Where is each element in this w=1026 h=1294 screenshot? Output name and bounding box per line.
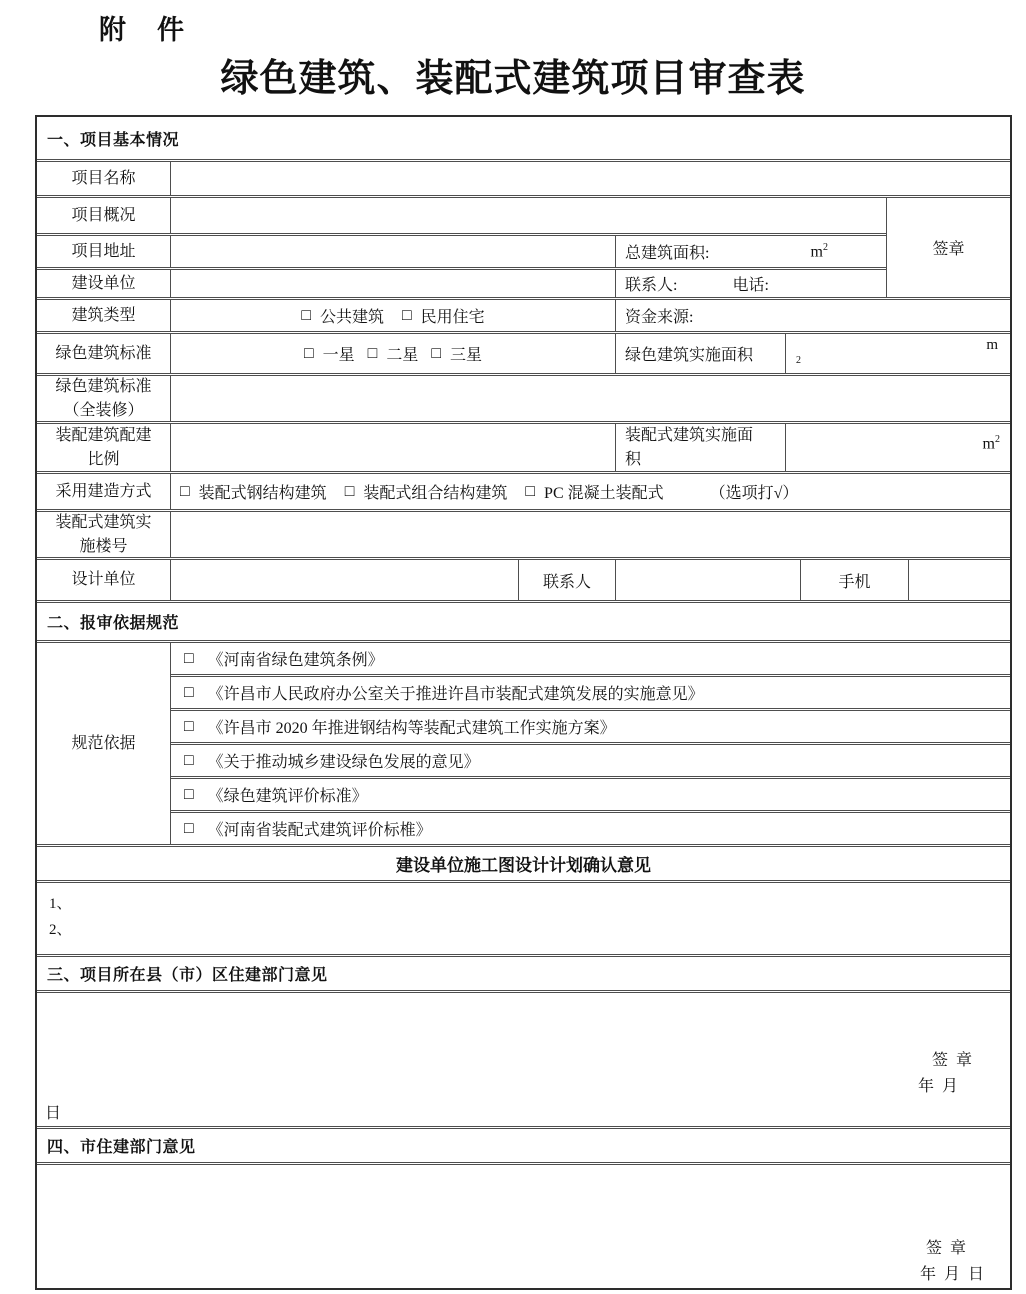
project-name-row: 项目名称 (37, 159, 1010, 195)
green-area-label: 绿色建筑实施面积 (615, 334, 785, 373)
confirm-notes-field[interactable]: 1、 2、 (37, 883, 1010, 954)
green-standard-full-row: 绿色建筑标准（全装修） (37, 373, 1010, 421)
method-note: （选项打√） (710, 480, 799, 503)
design-unit-row: 设计单位 联系人 手机 (37, 557, 1010, 600)
composite-structure-label: 装配式组合结构建筑 (363, 480, 507, 503)
checkbox-standard-2-icon[interactable]: □ (184, 684, 194, 702)
project-address-row: 项目地址 总建筑面积: m2 (37, 233, 886, 267)
composite-structure-option[interactable]: □ 装配式组合结构建筑 (345, 480, 508, 503)
funding-source-label: 资金来源: (625, 304, 693, 327)
public-building-option-label: 公共建筑 (320, 304, 384, 327)
steel-structure-label: 装配式钢结构建筑 (199, 480, 327, 503)
standards-group: 规范依据 □ 《河南省绿色建筑条例》 □ 《许昌市人民政府办公室关于推进许昌市装… (37, 640, 1010, 844)
checkbox-steel-structure-icon[interactable]: □ (180, 483, 190, 501)
prefab-ratio-row: 装配建筑配建比例 装配式建筑实施面积 m2 (37, 421, 1010, 471)
standard-6-label: 《河南省装配式建筑评价标椎》 (208, 817, 432, 840)
public-building-option[interactable]: □ 公共建筑 (301, 304, 384, 327)
construction-method-label: 采用建造方式 (37, 474, 170, 509)
standard-row: □ 《河南省装配式建筑评价标椎》 (171, 810, 1010, 844)
section4-header: 四、市住建部门意见 (37, 1129, 1010, 1162)
seal-cell: 签章 (886, 198, 1010, 297)
two-star-option[interactable]: □ 二星 (368, 342, 419, 365)
green-standard-full-field[interactable] (170, 376, 1010, 421)
section4-seal-label: 签 章 (926, 1235, 966, 1258)
standard-2-label: 《许昌市人民政府办公室关于推进许昌市装配式建筑发展的实施意见》 (208, 681, 704, 704)
green-star-options: □ 一星 □ 二星 □ 三星 (170, 334, 615, 373)
checkbox-standard-6-icon[interactable]: □ (184, 820, 194, 838)
green-area-unit-sup: 2 (796, 355, 801, 366)
construction-unit-row: 建设单位 联系人: 电话: (37, 267, 886, 297)
section3-body-row: 签 章 年 月 日 (37, 990, 1010, 1126)
checkbox-standard-5-icon[interactable]: □ (184, 786, 194, 804)
project-overview-label: 项目概况 (37, 198, 170, 233)
prefab-ratio-field[interactable] (170, 424, 615, 471)
building-type-label: 建筑类型 (37, 300, 170, 331)
steel-structure-option[interactable]: □ 装配式钢结构建筑 (180, 480, 327, 503)
green-standard-label: 绿色建筑标准 (37, 334, 170, 373)
standard-4-label: 《关于推动城乡建设绿色发展的意见》 (208, 749, 480, 772)
one-star-label: 一星 (323, 342, 355, 365)
prefab-area-label: 装配式建筑实施面积 (615, 424, 785, 471)
prefab-building-no-field[interactable] (170, 512, 1010, 557)
pc-concrete-label: PC 混凝土装配式 (544, 480, 664, 503)
section3-seal-label: 签 章 (932, 1047, 972, 1070)
three-star-label: 三星 (450, 342, 482, 365)
green-standard-row: 绿色建筑标准 □ 一星 □ 二星 □ 三星 绿色建筑实施面积 m 2 (37, 331, 1010, 373)
project-name-label: 项目名称 (37, 162, 170, 195)
contact-label: 联系人: (625, 272, 677, 295)
checkbox-two-star-icon[interactable]: □ (368, 345, 378, 363)
design-contact-label: 联系人 (518, 560, 615, 600)
section4-date: 年 月 日 (920, 1261, 984, 1284)
green-area-field[interactable]: m 2 (785, 334, 1010, 373)
prefab-building-no-row: 装配式建筑实施楼号 (37, 509, 1010, 557)
contact-phone-cell[interactable]: 联系人: 电话: (615, 270, 886, 297)
section1-header-row: 一、项目基本情况 (37, 117, 1010, 159)
attachment-label: 附 件 (99, 8, 186, 47)
section3-opinion-field[interactable]: 签 章 年 月 日 (37, 993, 1010, 1126)
standard-row: □ 《河南省绿色建筑条例》 (171, 643, 1010, 674)
prefab-building-no-label: 装配式建筑实施楼号 (37, 512, 170, 557)
green-standard-full-label: 绿色建筑标准（全装修） (37, 376, 170, 421)
prefab-ratio-label: 装配建筑配建比例 (37, 424, 170, 471)
section2-header-row: 二、报审依据规范 (37, 600, 1010, 640)
two-star-label: 二星 (386, 342, 418, 365)
checkbox-public-building-icon[interactable]: □ (301, 307, 311, 325)
project-address-field[interactable] (170, 236, 615, 267)
construction-unit-field[interactable] (170, 270, 615, 297)
standard-3-label: 《许昌市 2020 年推进钢结构等装配式建筑工作实施方案》 (208, 715, 616, 738)
section4-body-row: 签 章 年 月 日 (37, 1162, 1010, 1288)
total-area-label: 总建筑面积: (625, 240, 709, 263)
overview-address-unit-group: 项目概况 项目地址 总建筑面积: m2 建设单位 联系人: (37, 195, 1010, 297)
design-unit-field[interactable] (170, 560, 518, 600)
document-page: 附 件 绿色建筑、装配式建筑项目审查表 一、项目基本情况 项目名称 项目概况 项… (0, 0, 1026, 1294)
form-title: 绿色建筑、装配式建筑项目审查表 (0, 47, 1026, 102)
one-star-option[interactable]: □ 一星 (304, 342, 355, 365)
standard-row: □ 《绿色建筑评价标准》 (171, 776, 1010, 810)
pc-concrete-option[interactable]: □ PC 混凝土装配式 (525, 480, 663, 503)
standard-row: □ 《关于推动城乡建设绿色发展的意见》 (171, 742, 1010, 776)
standard-1-label: 《河南省绿色建筑条例》 (208, 647, 384, 670)
confirm-header-row: 建设单位施工图设计计划确认意见 (37, 844, 1010, 880)
prefab-area-unit: m2 (983, 434, 1000, 453)
confirm-header: 建设单位施工图设计计划确认意见 (37, 847, 1010, 880)
standard-5-label: 《绿色建筑评价标准》 (208, 783, 368, 806)
design-mobile-label: 手机 (800, 560, 908, 600)
building-type-row: 建筑类型 □ 公共建筑 □ 民用住宅 资金来源: (37, 297, 1010, 331)
checkbox-standard-4-icon[interactable]: □ (184, 752, 194, 770)
funding-source-cell[interactable]: 资金来源: (615, 300, 1010, 331)
total-area-cell[interactable]: 总建筑面积: m2 (615, 236, 886, 267)
prefab-area-field[interactable]: m2 (785, 424, 1010, 471)
checkbox-residential-icon[interactable]: □ (402, 307, 412, 325)
checkbox-one-star-icon[interactable]: □ (304, 345, 314, 363)
design-mobile-field[interactable] (908, 560, 1010, 600)
construction-unit-label: 建设单位 (37, 270, 170, 297)
three-star-option[interactable]: □ 三星 (431, 342, 482, 365)
residential-option-label: 民用住宅 (421, 304, 485, 327)
total-area-unit: m2 (811, 242, 828, 261)
residential-option[interactable]: □ 民用住宅 (402, 304, 485, 327)
section1-header: 一、项目基本情况 (37, 117, 1010, 159)
construction-method-options: □ 装配式钢结构建筑 □ 装配式组合结构建筑 □ PC 混凝土装配式 （选项打√… (170, 474, 1010, 509)
section4-opinion-field[interactable]: 签 章 年 月 日 (37, 1165, 1010, 1288)
section3-date-part2: 日 (45, 1100, 61, 1123)
confirm-note-line-1: 1、 (49, 891, 998, 917)
section3-date-part1: 年 月 (918, 1073, 958, 1096)
project-overview-row: 项目概况 (37, 198, 886, 233)
section4-header-row: 四、市住建部门意见 (37, 1126, 1010, 1162)
checkbox-standard-3-icon[interactable]: □ (184, 718, 194, 736)
project-address-label: 项目地址 (37, 236, 170, 267)
checkbox-composite-structure-icon[interactable]: □ (345, 483, 355, 501)
standards-stack: □ 《河南省绿色建筑条例》 □ 《许昌市人民政府办公室关于推进许昌市装配式建筑发… (170, 643, 1010, 844)
review-form-table: 一、项目基本情况 项目名称 项目概况 项目地址 总建筑面积: m2 (35, 115, 1012, 1290)
design-unit-label: 设计单位 (37, 560, 170, 600)
confirm-notes-row: 1、 2、 (37, 880, 1010, 954)
standard-row: □ 《许昌市人民政府办公室关于推进许昌市装配式建筑发展的实施意见》 (171, 674, 1010, 708)
checkbox-three-star-icon[interactable]: □ (431, 345, 441, 363)
section2-header: 二、报审依据规范 (37, 603, 1010, 640)
project-name-field[interactable] (170, 162, 1010, 195)
design-contact-field[interactable] (615, 560, 800, 600)
phone-label: 电话: (732, 272, 768, 295)
standard-row: □ 《许昌市 2020 年推进钢结构等装配式建筑工作实施方案》 (171, 708, 1010, 742)
section3-header: 三、项目所在县（市）区住建部门意见 (37, 957, 1010, 990)
building-type-options: □ 公共建筑 □ 民用住宅 (170, 300, 615, 331)
project-overview-field[interactable] (170, 198, 886, 233)
basis-label: 规范依据 (37, 643, 170, 844)
checkbox-pc-concrete-icon[interactable]: □ (525, 483, 535, 501)
confirm-note-line-2: 2、 (49, 917, 998, 943)
construction-method-row: 采用建造方式 □ 装配式钢结构建筑 □ 装配式组合结构建筑 □ PC 混凝土装配… (37, 471, 1010, 509)
green-area-unit-m: m (986, 337, 998, 354)
section3-header-row: 三、项目所在县（市）区住建部门意见 (37, 954, 1010, 990)
checkbox-standard-1-icon[interactable]: □ (184, 650, 194, 668)
